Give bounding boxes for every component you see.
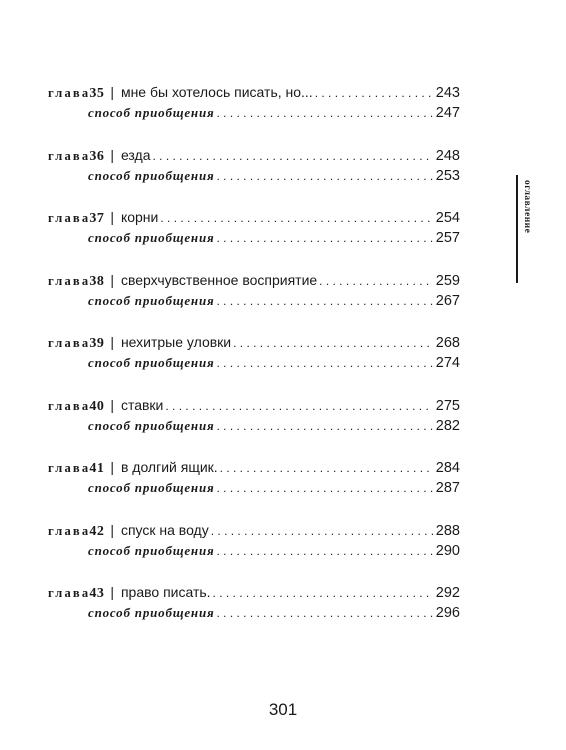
subsection-page: 247: [436, 105, 460, 121]
chapter-word: глава: [48, 211, 90, 226]
toc-subsection-row[interactable]: способ приобщения 253: [48, 168, 460, 189]
chapter-page: 292: [436, 585, 460, 601]
chapter-page: 254: [436, 210, 460, 226]
separator: |: [110, 584, 114, 600]
toc-chapter-entry: глава 37 | корни 254 способ приобщения 2…: [48, 209, 460, 272]
dot-leader: [216, 481, 432, 495]
chapter-page: 288: [436, 523, 460, 539]
dot-leader: [213, 586, 433, 600]
toc-chapter-entry: глава 35 | мне бы хотелось писать, но...…: [48, 84, 460, 147]
toc-chapter-entry: глава 40 | ставки 275 способ приобщения …: [48, 397, 460, 460]
chapter-title: нехитрые уловки: [121, 334, 231, 350]
page-number: 301: [0, 700, 566, 720]
toc-chapter-entry: глава 43 | право писать. 292 способ прио…: [48, 584, 460, 647]
separator: |: [110, 334, 114, 350]
side-tab-rule: [516, 175, 518, 283]
dot-leader: [216, 294, 432, 308]
subsection-title: способ приобщения: [88, 105, 214, 121]
subsection-page: 282: [436, 418, 460, 434]
dot-leader: [211, 524, 433, 538]
toc-subsection-row[interactable]: способ приобщения 287: [48, 480, 460, 501]
dot-leader: [216, 169, 432, 183]
chapter-word: глава: [48, 274, 90, 289]
chapter-word: глава: [48, 524, 90, 539]
chapter-word: глава: [48, 86, 90, 101]
chapter-page: 259: [436, 273, 460, 289]
chapter-title: мне бы хотелось писать, но...: [121, 84, 313, 100]
dot-leader: [220, 461, 433, 475]
dot-leader: [216, 231, 432, 245]
toc-subsection-row[interactable]: способ приобщения 274: [48, 355, 460, 376]
toc-chapter-row[interactable]: глава 37 | корни 254: [48, 209, 460, 230]
subsection-title: способ приобщения: [88, 293, 214, 309]
toc-chapter-entry: глава 36 | езда 248 способ приобщения 25…: [48, 147, 460, 210]
chapter-number: 41: [89, 461, 104, 477]
separator: |: [110, 397, 114, 413]
chapter-title: езда: [121, 147, 151, 163]
separator: |: [110, 147, 114, 163]
chapter-number: 37: [89, 211, 104, 227]
subsection-title: способ приобщения: [88, 605, 214, 621]
chapter-number: 36: [89, 149, 104, 165]
separator: |: [110, 209, 114, 225]
chapter-word: глава: [48, 399, 90, 414]
chapter-page: 275: [436, 398, 460, 414]
side-tab-label: оглавление: [522, 180, 532, 233]
toc-chapter-row[interactable]: глава 42 | спуск на воду 288: [48, 522, 460, 543]
toc-chapter-entry: глава 41 | в долгий ящик. 284 способ при…: [48, 459, 460, 522]
separator: |: [110, 459, 114, 475]
chapter-page: 268: [436, 335, 460, 351]
toc-subsection-row[interactable]: способ приобщения 290: [48, 543, 460, 564]
toc-subsection-row[interactable]: способ приобщения 267: [48, 293, 460, 314]
dot-leader: [315, 86, 433, 100]
dot-leader: [233, 336, 433, 350]
chapter-number: 42: [89, 524, 104, 540]
chapter-number: 35: [89, 86, 104, 102]
subsection-page: 267: [436, 293, 460, 309]
dot-leader: [216, 419, 432, 433]
subsection-page: 274: [436, 355, 460, 371]
separator: |: [110, 84, 114, 100]
subsection-page: 290: [436, 543, 460, 559]
dot-leader: [216, 106, 432, 120]
chapter-page: 248: [436, 148, 460, 164]
toc-chapter-entry: глава 39 | нехитрые уловки 268 способ пр…: [48, 334, 460, 397]
chapter-number: 39: [89, 336, 104, 352]
chapter-word: глава: [48, 586, 90, 601]
subsection-title: способ приобщения: [88, 480, 214, 496]
dot-leader: [319, 274, 433, 288]
chapter-title: право писать.: [121, 584, 211, 600]
toc-chapter-row[interactable]: глава 39 | нехитрые уловки 268: [48, 334, 460, 355]
chapter-title: в долгий ящик.: [121, 459, 218, 475]
toc-subsection-row[interactable]: способ приобщения 257: [48, 230, 460, 251]
dot-leader: [216, 606, 432, 620]
toc-subsection-row[interactable]: способ приобщения 282: [48, 418, 460, 439]
dot-leader: [160, 211, 432, 225]
subsection-page: 257: [436, 230, 460, 246]
toc-chapter-row[interactable]: глава 40 | ставки 275: [48, 397, 460, 418]
chapter-title: сверхчувственное восприятие: [121, 272, 317, 288]
chapter-number: 40: [89, 399, 104, 415]
toc-chapter-row[interactable]: глава 41 | в долгий ящик. 284: [48, 459, 460, 480]
subsection-page: 296: [436, 605, 460, 621]
chapter-page: 243: [436, 85, 460, 101]
subsection-page: 287: [436, 480, 460, 496]
toc-chapter-entry: глава 42 | спуск на воду 288 способ прио…: [48, 522, 460, 585]
toc-subsection-row[interactable]: способ приобщения 247: [48, 105, 460, 126]
table-of-contents: глава 35 | мне бы хотелось писать, но...…: [48, 84, 460, 647]
subsection-title: способ приобщения: [88, 168, 214, 184]
toc-chapter-row[interactable]: глава 43 | право писать. 292: [48, 584, 460, 605]
chapter-title: спуск на воду: [121, 522, 209, 538]
toc-chapter-row[interactable]: глава 35 | мне бы хотелось писать, но...…: [48, 84, 460, 105]
chapter-title: ставки: [121, 397, 163, 413]
subsection-page: 253: [436, 168, 460, 184]
chapter-page: 284: [436, 460, 460, 476]
chapter-title: корни: [121, 209, 158, 225]
dot-leader: [216, 544, 432, 558]
subsection-title: способ приобщения: [88, 230, 214, 246]
separator: |: [110, 522, 114, 538]
subsection-title: способ приобщения: [88, 543, 214, 559]
chapter-number: 43: [89, 586, 104, 602]
toc-chapter-row[interactable]: глава 36 | езда 248: [48, 147, 460, 168]
chapter-number: 38: [89, 274, 104, 290]
chapter-word: глава: [48, 149, 90, 164]
dot-leader: [165, 399, 432, 413]
chapter-word: глава: [48, 461, 90, 476]
separator: |: [110, 272, 114, 288]
toc-subsection-row[interactable]: способ приобщения 296: [48, 605, 460, 626]
toc-chapter-entry: глава 38 | сверхчувственное восприятие 2…: [48, 272, 460, 335]
chapter-word: глава: [48, 336, 90, 351]
toc-chapter-row[interactable]: глава 38 | сверхчувственное восприятие 2…: [48, 272, 460, 293]
dot-leader: [216, 356, 432, 370]
subsection-title: способ приобщения: [88, 418, 214, 434]
dot-leader: [153, 149, 433, 163]
subsection-title: способ приобщения: [88, 355, 214, 371]
